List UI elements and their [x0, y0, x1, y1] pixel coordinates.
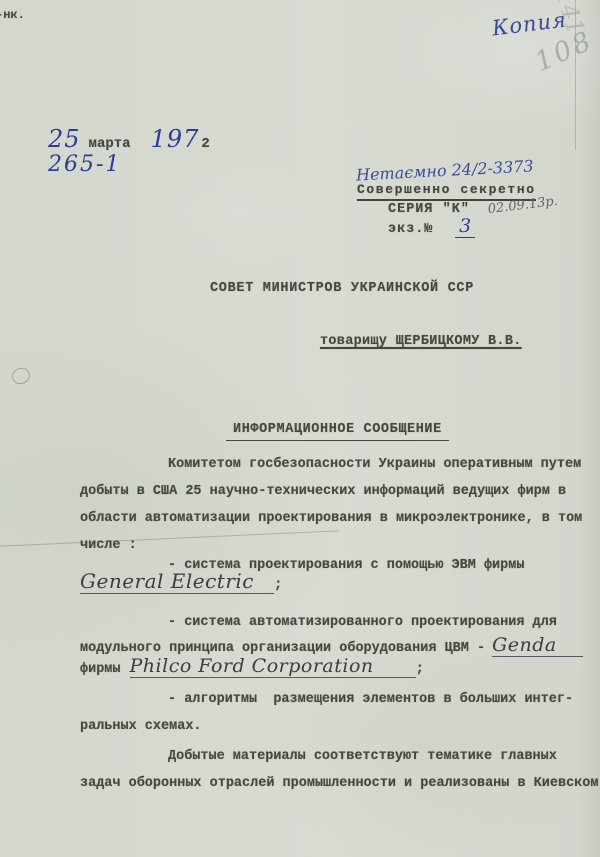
- paragraph-line: задач оборонных отраслей промышленности …: [80, 770, 600, 797]
- corner-mark: -нк.: [0, 8, 25, 22]
- paragraph-line: Комитетом госбезопасности Украины операт…: [80, 451, 595, 478]
- paragraph-line: области автоматизации проектирования в м…: [80, 505, 595, 532]
- secrecy-stamp: Совершенно секретно: [357, 180, 536, 201]
- paragraph-line: - алгоритмы размещения элементов в больш…: [80, 686, 595, 713]
- copy-number-handwritten: 3: [455, 215, 475, 238]
- scanned-document-page: -нк. Копия 141 108 25марта1972 265-1 Нет…: [0, 0, 600, 857]
- document-number-handwritten: 265-1: [48, 152, 121, 177]
- date-line: 25марта1972: [48, 125, 210, 153]
- date-day-handwritten: 25: [48, 125, 81, 153]
- document-title: ИНФОРМАЦИОННОЕ СООБЩЕНИЕ: [226, 422, 449, 441]
- addressee-person: товарищу ЩЕРБИЦКОМУ В.В.: [320, 334, 522, 349]
- paragraph-line: модульного принципа организации оборудов…: [80, 641, 485, 656]
- embossed-circle-mark: [10, 365, 32, 386]
- date-year-handwritten: 197: [151, 125, 200, 153]
- paragraph-1: Комитетом госбезопасности Украины операт…: [80, 451, 595, 559]
- paragraph-line: добыты в США 25 научно-технических инфор…: [80, 478, 595, 505]
- paragraph-line: - система автоматизированного проектиров…: [80, 609, 557, 636]
- handwritten-firm-line: General Electric;: [80, 569, 282, 594]
- copy-number-label: экз.№: [388, 222, 434, 237]
- firm-name-handwritten: General Electric: [80, 569, 274, 594]
- date-month-typed: марта: [89, 136, 131, 152]
- copy-number-line: экз.№ 3: [388, 215, 475, 238]
- addressee-organization: СОВЕТ МИНИСТРОВ УКРАИНСКОЙ ССР: [210, 281, 474, 296]
- line-tail: ;: [274, 577, 282, 593]
- paragraph-line: фирмы: [80, 662, 121, 677]
- model-name-handwritten: Genda: [492, 634, 583, 657]
- line-tail: ;: [416, 661, 424, 677]
- paragraph-4: - алгоритмы размещения элементов в больш…: [80, 686, 595, 740]
- firm-name-handwritten: Philco Ford Corporation: [130, 655, 416, 678]
- paragraph-line-with-handwriting: фирмыPhilco Ford Corporation;: [80, 655, 424, 678]
- paragraph-line-with-handwriting: модульного принципа организации оборудов…: [80, 634, 583, 657]
- paragraph-line: Добытые материалы соответствуют тематике…: [80, 743, 600, 770]
- date-year-typed: 2: [201, 136, 209, 152]
- paragraph-line: ральных схемах.: [80, 713, 595, 740]
- document-title-wrap: ИНФОРМАЦИОННОЕ СООБЩЕНИЕ: [226, 419, 449, 441]
- paragraph-5: Добытые материалы соответствуют тематике…: [80, 743, 600, 797]
